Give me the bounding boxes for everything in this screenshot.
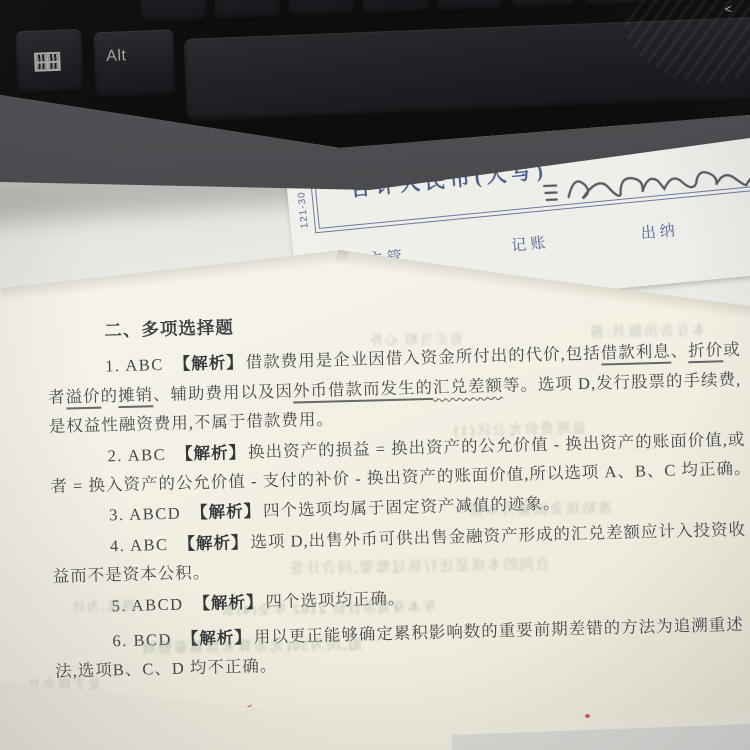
keyboard-spacebar: [184, 16, 750, 123]
underlined-text: 借款利息: [601, 342, 672, 366]
keyboard-key: [360, 0, 429, 16]
keyboard-key: [508, 0, 577, 10]
keyboard-key-n: N: [582, 0, 651, 8]
total-amount-box: 合计人民币(大写): [307, 109, 750, 233]
analysis-tag: 【解析】: [174, 353, 244, 374]
keyboard-key-m: M: [664, 0, 733, 4]
keyboard-key-windows: [15, 29, 83, 95]
key-n-label: N: [584, 0, 651, 5]
signer-label-cashier: 出纳: [640, 219, 680, 244]
analysis-text: 、: [671, 342, 689, 361]
keyboard-key-alt: Alt: [93, 29, 176, 100]
underlined-text: 汇兑差额: [433, 376, 503, 397]
desk-photo-scene: 121-30 合计人民币(大写) 财会主管 记账 出纳 部门 二、多项选: [0, 0, 750, 750]
keyboard-key-comma: [746, 0, 750, 1]
analysis-text: 借款费用是企业因借入资金所付出的代价,包括: [246, 344, 602, 372]
key-angle-bracket-label: <: [725, 2, 733, 16]
analysis-text: 的: [100, 386, 118, 405]
handwritten-amount: [537, 150, 750, 219]
underlined-text: 溢价: [65, 386, 101, 409]
form-side-code: 121-30: [296, 191, 311, 229]
keyboard-key: [212, 0, 281, 22]
backside-bleedthrough-text: 年本身货币日价 2102 年全(4)条: [220, 596, 436, 619]
answer-sheet-paper: 二、多项选择题 1. ABC【解析】借款费用是企业因借入资金所付出的代价,包括借…: [0, 0, 750, 750]
analysis-tag: 【解析】: [178, 533, 248, 554]
keyboard-key: [286, 0, 355, 19]
keycap-reflection: [618, 0, 750, 92]
red-pen-dot: [585, 714, 590, 718]
underlined-text: 外币借款而发生的: [293, 378, 434, 404]
analysis-tag: 【解析】: [176, 442, 246, 463]
windows-logo-icon: [34, 52, 61, 72]
paper-edge-shadow: [0, 248, 350, 302]
question-number-answer: 2. ABC: [107, 445, 166, 466]
backside-bleedthrough-text: 益班费价允公区(1): [452, 418, 587, 440]
question-number-answer: 3. ABCD: [109, 504, 181, 525]
question-number-answer: 1. ABC: [105, 355, 164, 376]
backside-bleedthrough-text: 准贴现金流量为本资: [468, 498, 612, 521]
printed-answer-text: 二、多项选择题 1. ABC【解析】借款费用是企业因借入资金所付出的代价,包括借…: [46, 300, 750, 725]
signer-label-bookkeeper: 记账: [510, 231, 550, 256]
keyboard-key: [434, 0, 503, 13]
key-alt-label: Alt: [106, 47, 127, 66]
keyboard-key: [138, 0, 207, 25]
question-item: 1. ABC【解析】借款费用是企业因借入资金所付出的代价,包括借款利息、折价或者…: [47, 335, 750, 442]
backside-bleedthrough-text: 得账,为计: [70, 595, 136, 615]
key-m-label: M: [666, 0, 733, 1]
backside-bleedthrough-text: 本互告出版共:酱: [588, 320, 706, 342]
analysis-tag: 【解析】: [191, 502, 261, 523]
underlined-text: 折价: [688, 341, 724, 364]
question-number-answer: 4. ABC: [110, 535, 169, 556]
question-list: 1. ABC【解析】借款费用是企业因借入资金所付出的代价,包括借款利息、折价或者…: [47, 335, 750, 687]
analysis-text: 、辅助费用以及因: [153, 381, 293, 404]
backside-bleedthrough-text: 也正当相 心外: [368, 328, 464, 349]
backside-bleedthrough-text: 追,决为50(元差算未禁基泰整周: [140, 634, 362, 658]
underlined-text: 摊销: [118, 385, 154, 408]
